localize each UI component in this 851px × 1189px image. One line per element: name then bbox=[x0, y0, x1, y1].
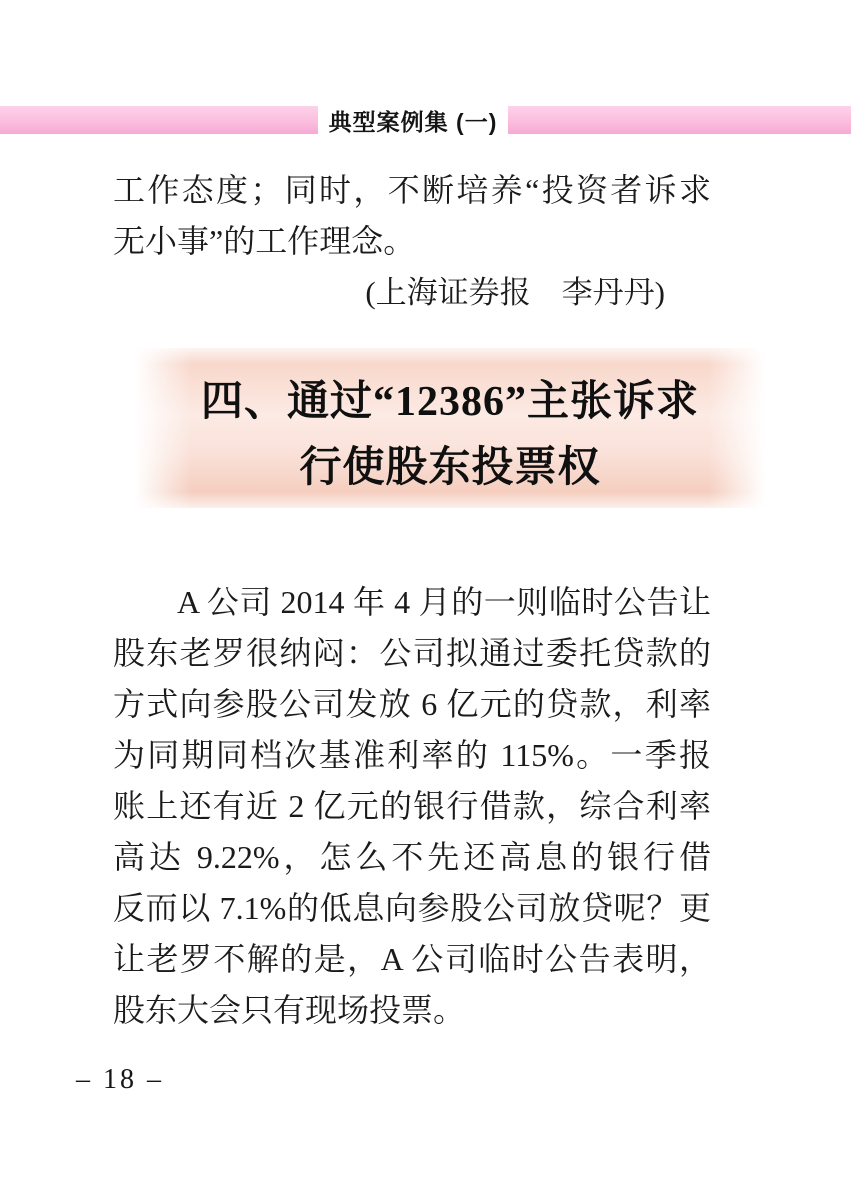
text-line: 无小事”的工作理念。 bbox=[113, 216, 711, 267]
section-heading-line2: 行使股东投票权 bbox=[135, 435, 765, 501]
text-line: 账上还有近 2 亿元的银行借款，综合利率 bbox=[113, 781, 711, 832]
source-attribution: (上海证券报 李丹丹) bbox=[113, 267, 711, 318]
text-line: 工作态度；同时，不断培养“投资者诉求 bbox=[113, 165, 711, 216]
text-line: 股东大会只有现场投票。 bbox=[113, 985, 711, 1036]
intro-paragraph: 工作态度；同时，不断培养“投资者诉求 无小事”的工作理念。 bbox=[113, 165, 711, 267]
header-bar-left bbox=[0, 106, 318, 134]
book-page: 典型案例集 (一) 工作态度；同时，不断培养“投资者诉求 无小事”的工作理念。 … bbox=[0, 0, 851, 1189]
section-heading-block: 四、通过“12386”主张诉求 行使股东投票权 bbox=[135, 348, 765, 508]
body-paragraph: A 公司 2014 年 4 月的一则临时公告让 股东老罗很纳闷：公司拟通过委托贷… bbox=[113, 577, 711, 1036]
text-line: 让老罗不解的是，A 公司临时公告表明， bbox=[113, 934, 711, 985]
running-head-title: 典型案例集 (一) bbox=[318, 106, 508, 134]
section-heading-line1: 四、通过“12386”主张诉求 bbox=[135, 369, 765, 435]
text-line: 方式向参股公司发放 6 亿元的贷款，利率 bbox=[113, 679, 711, 730]
header-bar-right bbox=[508, 106, 851, 134]
page-number: – 18 – bbox=[76, 1062, 164, 1098]
text-line: A 公司 2014 年 4 月的一则临时公告让 bbox=[113, 577, 711, 628]
text-line: 为同期同档次基准利率的 115%。一季报 bbox=[113, 730, 711, 781]
text-line: 反而以 7.1%的低息向参股公司放贷呢？更 bbox=[113, 883, 711, 934]
text-line: 高达 9.22%，怎么不先还高息的银行借款， bbox=[113, 832, 711, 883]
running-head: 典型案例集 (一) bbox=[0, 106, 851, 134]
text-line: 股东老罗很纳闷：公司拟通过委托贷款的 bbox=[113, 628, 711, 679]
